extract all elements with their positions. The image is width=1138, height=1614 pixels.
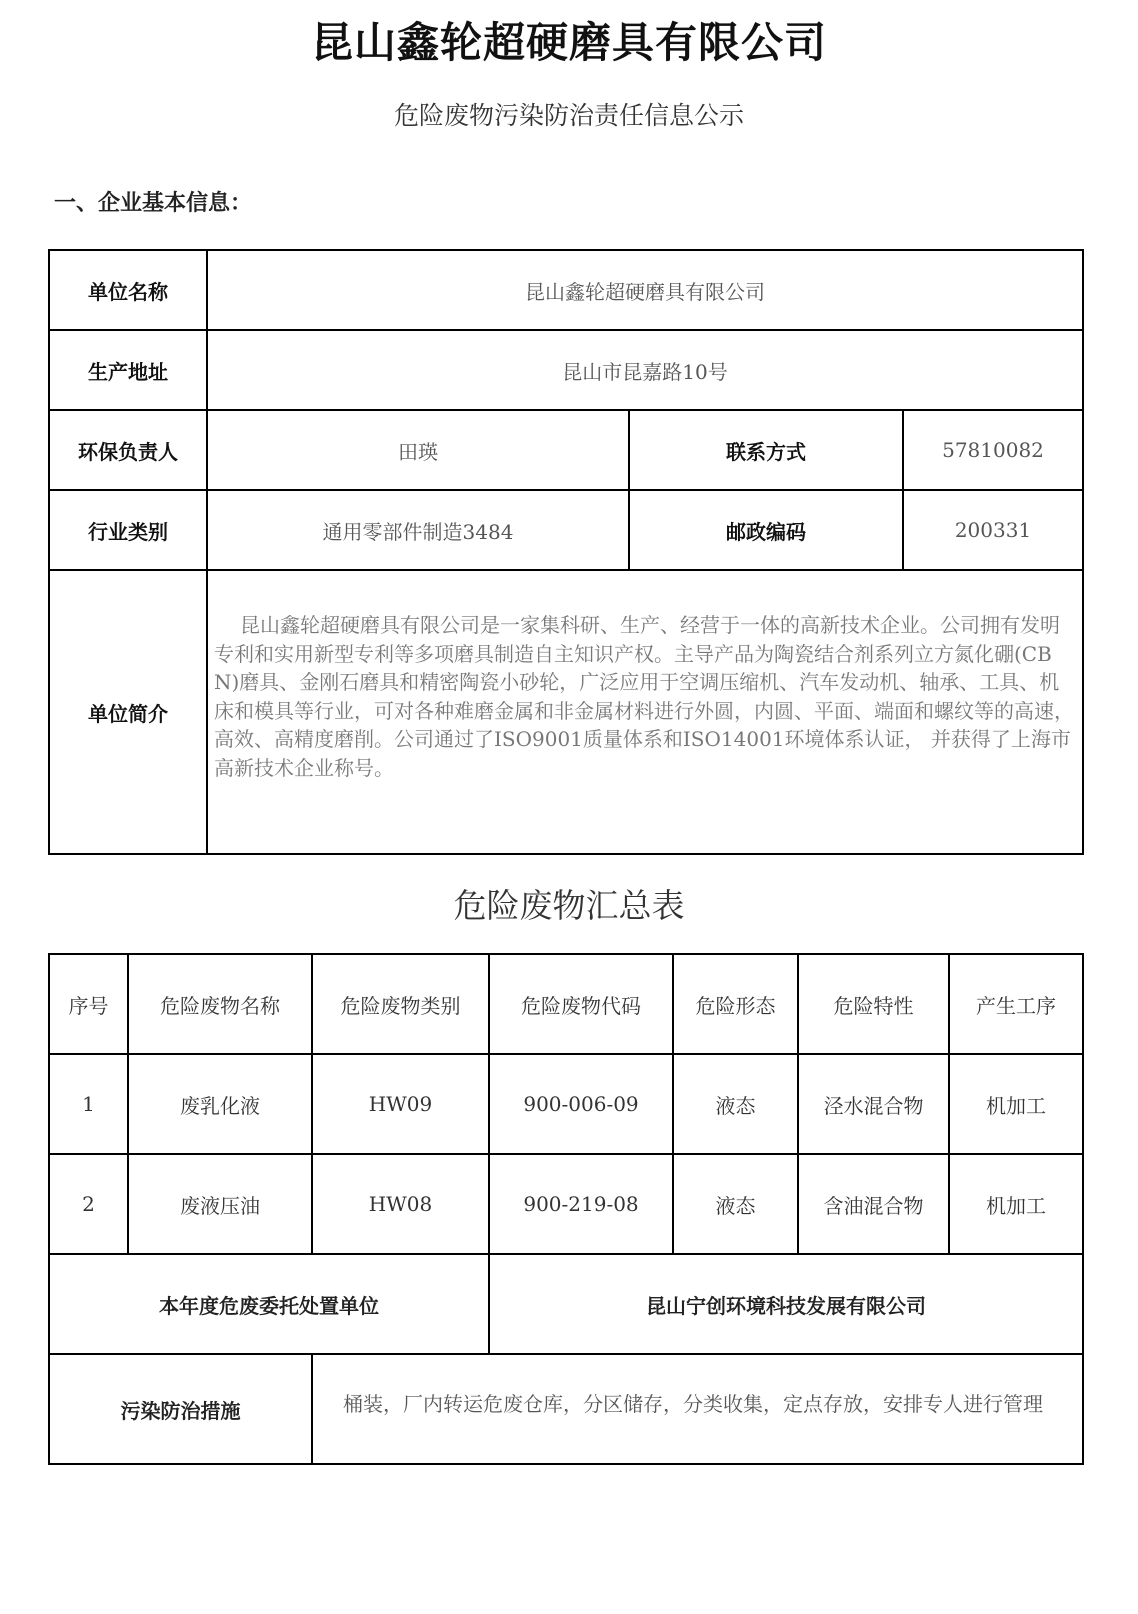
industry-value: 通用零部件制造3484 <box>207 490 629 570</box>
industry-label: 行业类别 <box>49 490 207 570</box>
unit-name-label: 单位名称 <box>49 250 207 330</box>
measures-value: 桶装，厂内转运危废仓库，分区储存，分类收集，定点存放，安排专人进行管理 <box>312 1354 1083 1464</box>
row-address: 生产地址 昆山市昆嘉路10号 <box>49 330 1083 410</box>
col-header-code: 危险废物代码 <box>489 954 673 1054</box>
header-row: 序号 危险废物名称 危险废物类别 危险废物代码 危险形态 危险特性 产生工序 <box>49 954 1083 1054</box>
address-label: 生产地址 <box>49 330 207 410</box>
env-manager-value: 田瑛 <box>207 410 629 490</box>
col-header-index: 序号 <box>49 954 128 1054</box>
env-manager-label: 环保负责人 <box>49 410 207 490</box>
waste-process: 机加工 <box>949 1154 1083 1254</box>
row-disposal-unit: 本年度危废委托处置单位 昆山宁创环境科技发展有限公司 <box>49 1254 1083 1354</box>
waste-name: 废乳化液 <box>128 1054 312 1154</box>
table-row: 2 废液压油 HW08 900-219-08 液态 含油混合物 机加工 <box>49 1154 1083 1254</box>
row-measures: 污染防治措施 桶装，厂内转运危废仓库，分区储存，分类收集，定点存放，安排专人进行… <box>49 1354 1083 1464</box>
row-intro: 单位简介 昆山鑫轮超硬磨具有限公司是一家集科研、生产、经营于一体的高新技术企业。… <box>49 570 1083 854</box>
table-row: 1 废乳化液 HW09 900-006-09 液态 泾水混合物 机加工 <box>49 1054 1083 1154</box>
col-header-process: 产生工序 <box>949 954 1083 1054</box>
document-subtitle: 危险废物污染防治责任信息公示 <box>0 96 1138 132</box>
col-header-name: 危险废物名称 <box>128 954 312 1054</box>
waste-summary-title: 危险废物汇总表 <box>0 880 1138 927</box>
disposal-unit-value: 昆山宁创环境科技发展有限公司 <box>489 1254 1083 1354</box>
intro-value: 昆山鑫轮超硬磨具有限公司是一家集科研、生产、经营于一体的高新技术企业。公司拥有发… <box>207 570 1083 854</box>
waste-name: 废液压油 <box>128 1154 312 1254</box>
intro-label: 单位简介 <box>49 570 207 854</box>
waste-code: 900-006-09 <box>489 1054 673 1154</box>
col-header-form: 危险形态 <box>673 954 798 1054</box>
waste-property: 泾水混合物 <box>798 1054 949 1154</box>
waste-category: HW09 <box>312 1054 489 1154</box>
col-header-category: 危险废物类别 <box>312 954 489 1054</box>
measures-label: 污染防治措施 <box>49 1354 312 1464</box>
postcode-label: 邮政编码 <box>629 490 903 570</box>
row-unit-name: 单位名称 昆山鑫轮超硬磨具有限公司 <box>49 250 1083 330</box>
address-value: 昆山市昆嘉路10号 <box>207 330 1083 410</box>
section-heading-basic-info: 一、企业基本信息： <box>54 186 252 217</box>
col-header-property: 危险特性 <box>798 954 949 1054</box>
row-index: 1 <box>49 1054 128 1154</box>
postcode-value: 200331 <box>903 490 1083 570</box>
contact-label: 联系方式 <box>629 410 903 490</box>
row-industry: 行业类别 通用零部件制造3484 邮政编码 200331 <box>49 490 1083 570</box>
row-index: 2 <box>49 1154 128 1254</box>
company-title: 昆山鑫轮超硬磨具有限公司 <box>0 10 1138 70</box>
unit-name-value: 昆山鑫轮超硬磨具有限公司 <box>207 250 1083 330</box>
basic-info-table: 单位名称 昆山鑫轮超硬磨具有限公司 生产地址 昆山市昆嘉路10号 环保负责人 田… <box>48 249 1084 855</box>
waste-form: 液态 <box>673 1054 798 1154</box>
waste-process: 机加工 <box>949 1054 1083 1154</box>
contact-value: 57810082 <box>903 410 1083 490</box>
waste-form: 液态 <box>673 1154 798 1254</box>
waste-code: 900-219-08 <box>489 1154 673 1254</box>
waste-category: HW08 <box>312 1154 489 1254</box>
waste-property: 含油混合物 <box>798 1154 949 1254</box>
waste-summary-table: 序号 危险废物名称 危险废物类别 危险废物代码 危险形态 危险特性 产生工序 1… <box>48 953 1084 1465</box>
row-env-manager: 环保负责人 田瑛 联系方式 57810082 <box>49 410 1083 490</box>
disposal-unit-label: 本年度危废委托处置单位 <box>49 1254 489 1354</box>
